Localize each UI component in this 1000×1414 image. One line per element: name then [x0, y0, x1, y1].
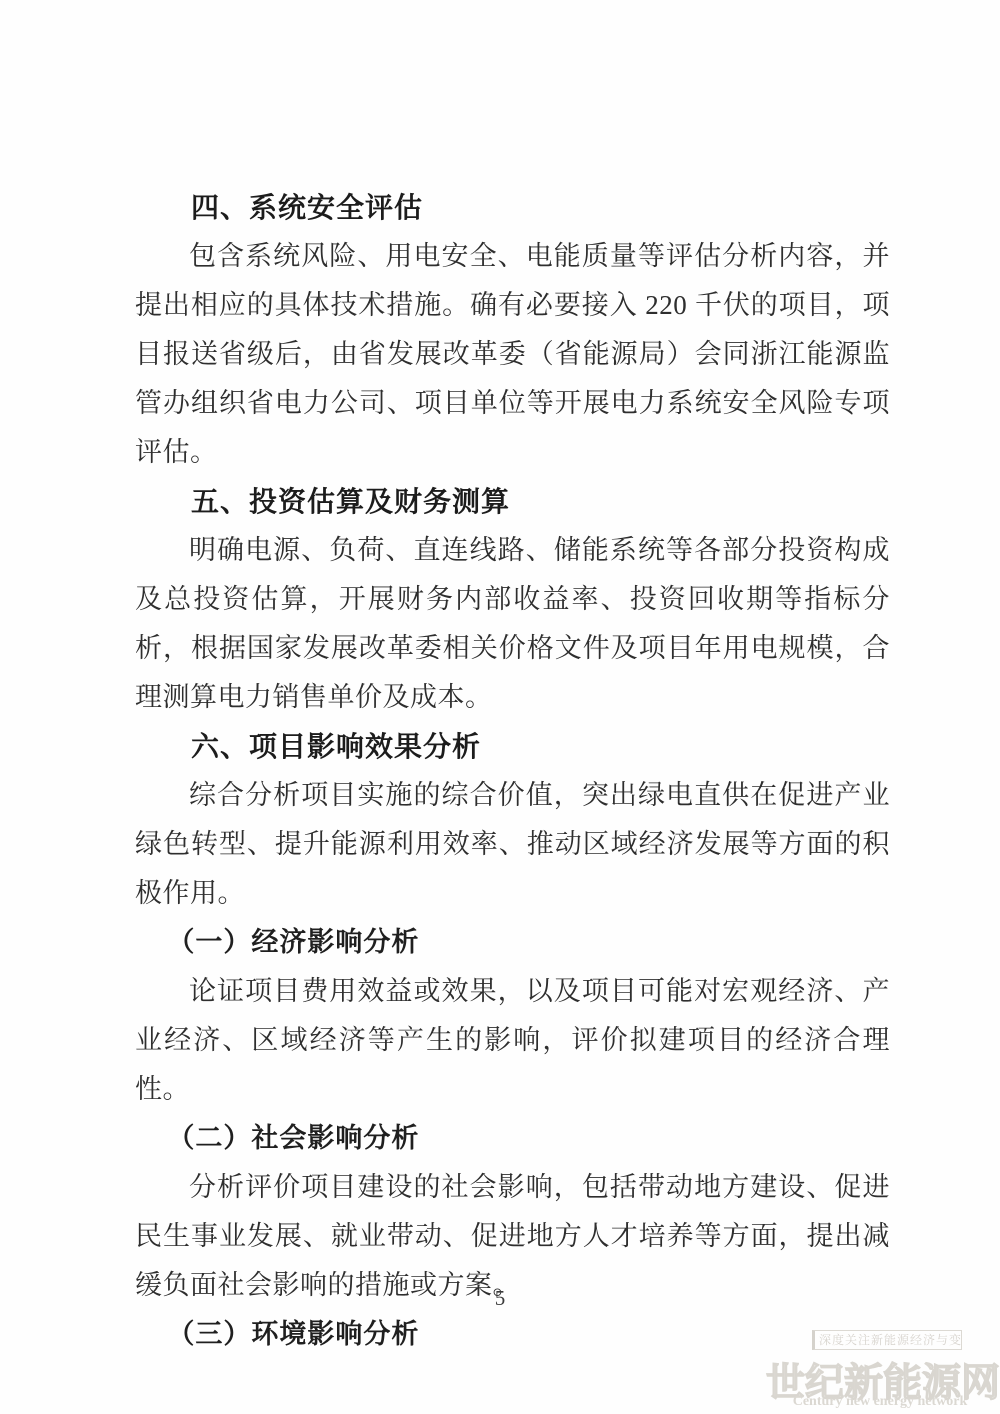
section-heading-4: 四、系统安全评估 — [135, 183, 890, 232]
subsection-heading-2: （二）社会影响分析 — [135, 1114, 890, 1163]
document-body: 四、系统安全评估 包含系统风险、用电安全、电能质量等评估分析内容，并提出相应的具… — [135, 183, 890, 1359]
watermark-tagline: 深度关注新能源经济与变革 — [812, 1330, 962, 1350]
page-number: 5 — [0, 1286, 1000, 1311]
watermark-subtitle: Century new energy network — [766, 1394, 994, 1410]
section-5-paragraph: 明确电源、负荷、直连线路、储能系统等各部分投资构成及总投资估算，开展财务内部收益… — [135, 526, 890, 722]
section-heading-5: 五、投资估算及财务测算 — [135, 477, 890, 526]
subsection-1-paragraph: 论证项目费用效益或效果，以及项目可能对宏观经济、产业经济、区域经济等产生的影响，… — [135, 967, 890, 1114]
section-heading-6: 六、项目影响效果分析 — [135, 722, 890, 771]
document-page: 四、系统安全评估 包含系统风险、用电安全、电能质量等评估分析内容，并提出相应的具… — [0, 0, 1000, 1414]
section-6-paragraph: 综合分析项目实施的综合价值，突出绿电直供在促进产业绿色转型、提升能源利用效率、推… — [135, 771, 890, 918]
section-4-paragraph: 包含系统风险、用电安全、电能质量等评估分析内容，并提出相应的具体技术措施。确有必… — [135, 232, 890, 477]
subsection-heading-1: （一）经济影响分析 — [135, 918, 890, 967]
